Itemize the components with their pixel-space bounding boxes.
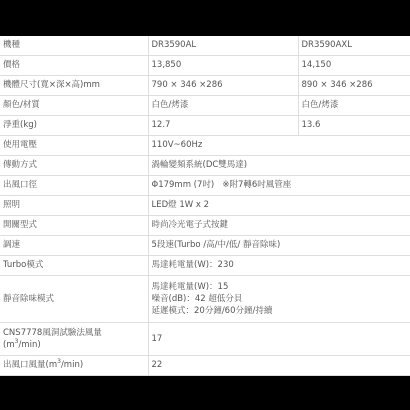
cell-model-al: DR3590AL — [148, 36, 298, 56]
row-label: 出風口風量(m3/min) — [0, 356, 148, 376]
table-row-switch-type: 開關型式 時尚冷光電子式按鍵 — [0, 216, 410, 236]
table-row-outlet-diameter: 出風口徑 Φ179mm (7吋) ※附7轉6吋風管座 — [0, 176, 410, 196]
cns-label-line2: (m3/min) — [3, 339, 148, 351]
table-row-turbo-mode: Turbo模式 馬達耗電量(W)：230 — [0, 256, 410, 276]
table-row-net-weight: 淨重(kg) 12.7 13.6 — [0, 116, 410, 136]
bottom-black-band — [0, 376, 410, 410]
row-label: 機種 — [0, 36, 148, 56]
cns-label-line1: CNS7778風洞試驗法風量 — [3, 327, 148, 339]
quiet-noise-line: 噪音(dB)：42 超低分貝 — [152, 293, 410, 305]
cell-turbo-mode: 馬達耗電量(W)：230 — [148, 256, 410, 276]
row-label: 使用電壓 — [0, 136, 148, 156]
top-black-band — [0, 0, 410, 36]
cell-cns-airflow: 17 — [148, 323, 410, 356]
cell-switch-type: 時尚冷光電子式按鍵 — [148, 216, 410, 236]
cell-weight-axl: 13.6 — [298, 116, 410, 136]
row-label: 價格 — [0, 56, 148, 76]
row-label: 出風口徑 — [0, 176, 148, 196]
row-label: 照明 — [0, 196, 148, 216]
table-row-voltage: 使用電壓 110V~60Hz — [0, 136, 410, 156]
cell-model-axl: DR3590AXL — [298, 36, 410, 56]
row-label: 顏色/材質 — [0, 96, 148, 116]
table-row-outlet-airflow: 出風口風量(m3/min) 22 — [0, 356, 410, 376]
cell-outlet-airflow: 22 — [148, 356, 410, 376]
row-label: 機體尺寸(寬×深×高)mm — [0, 76, 148, 96]
row-label: Turbo模式 — [0, 256, 148, 276]
quiet-power-line: 馬達耗電量(W)：15 — [152, 281, 410, 293]
cell-color-al: 白色/烤漆 — [148, 96, 298, 116]
cell-quiet-mode: 馬達耗電量(W)：15 噪音(dB)：42 超低分貝 延遲模式：20分鐘/60分… — [148, 276, 410, 323]
cell-dimensions-axl: 890 × 346 ×286 — [298, 76, 410, 96]
cell-weight-al: 12.7 — [148, 116, 298, 136]
cell-outlet-diameter: Φ179mm (7吋) ※附7轉6吋風管座 — [148, 176, 410, 196]
table-row-model: 機種 DR3590AL DR3590AXL — [0, 36, 410, 56]
row-label: 傳動方式 — [0, 156, 148, 176]
row-label: 調速 — [0, 236, 148, 256]
cell-voltage: 110V~60Hz — [148, 136, 410, 156]
quiet-delay-line: 延遲模式：20分鐘/60分鐘/持續 — [152, 305, 410, 317]
table-row-price: 價格 13,850 14,150 — [0, 56, 410, 76]
table-row-cns-airflow: CNS7778風洞試驗法風量 (m3/min) 17 — [0, 323, 410, 356]
table-row-quiet-mode: 靜音除味模式 馬達耗電量(W)：15 噪音(dB)：42 超低分貝 延遲模式：2… — [0, 276, 410, 323]
row-label: 開關型式 — [0, 216, 148, 236]
cell-color-axl: 白色/烤漆 — [298, 96, 410, 116]
table-row-color-material: 顏色/材質 白色/烤漆 白色/烤漆 — [0, 96, 410, 116]
cell-price-al: 13,850 — [148, 56, 298, 76]
spec-comparison-table: 機種 DR3590AL DR3590AXL 價格 13,850 14,150 機… — [0, 36, 410, 376]
table-row-lighting: 照明 LED燈 1W x 2 — [0, 196, 410, 216]
table-row-drive: 傳動方式 渦輪變頻系統(DC雙馬達) — [0, 156, 410, 176]
cell-speed: 5段速(Turbo /高/中/低/ 靜音除味) — [148, 236, 410, 256]
row-label: 靜音除味模式 — [0, 276, 148, 323]
cell-lighting: LED燈 1W x 2 — [148, 196, 410, 216]
cell-price-axl: 14,150 — [298, 56, 410, 76]
row-label: 淨重(kg) — [0, 116, 148, 136]
cell-drive: 渦輪變頻系統(DC雙馬達) — [148, 156, 410, 176]
table-row-dimensions: 機體尺寸(寬×深×高)mm 790 × 346 ×286 890 × 346 ×… — [0, 76, 410, 96]
table-row-speed: 調速 5段速(Turbo /高/中/低/ 靜音除味) — [0, 236, 410, 256]
row-label: CNS7778風洞試驗法風量 (m3/min) — [0, 323, 148, 356]
cell-dimensions-al: 790 × 346 ×286 — [148, 76, 298, 96]
